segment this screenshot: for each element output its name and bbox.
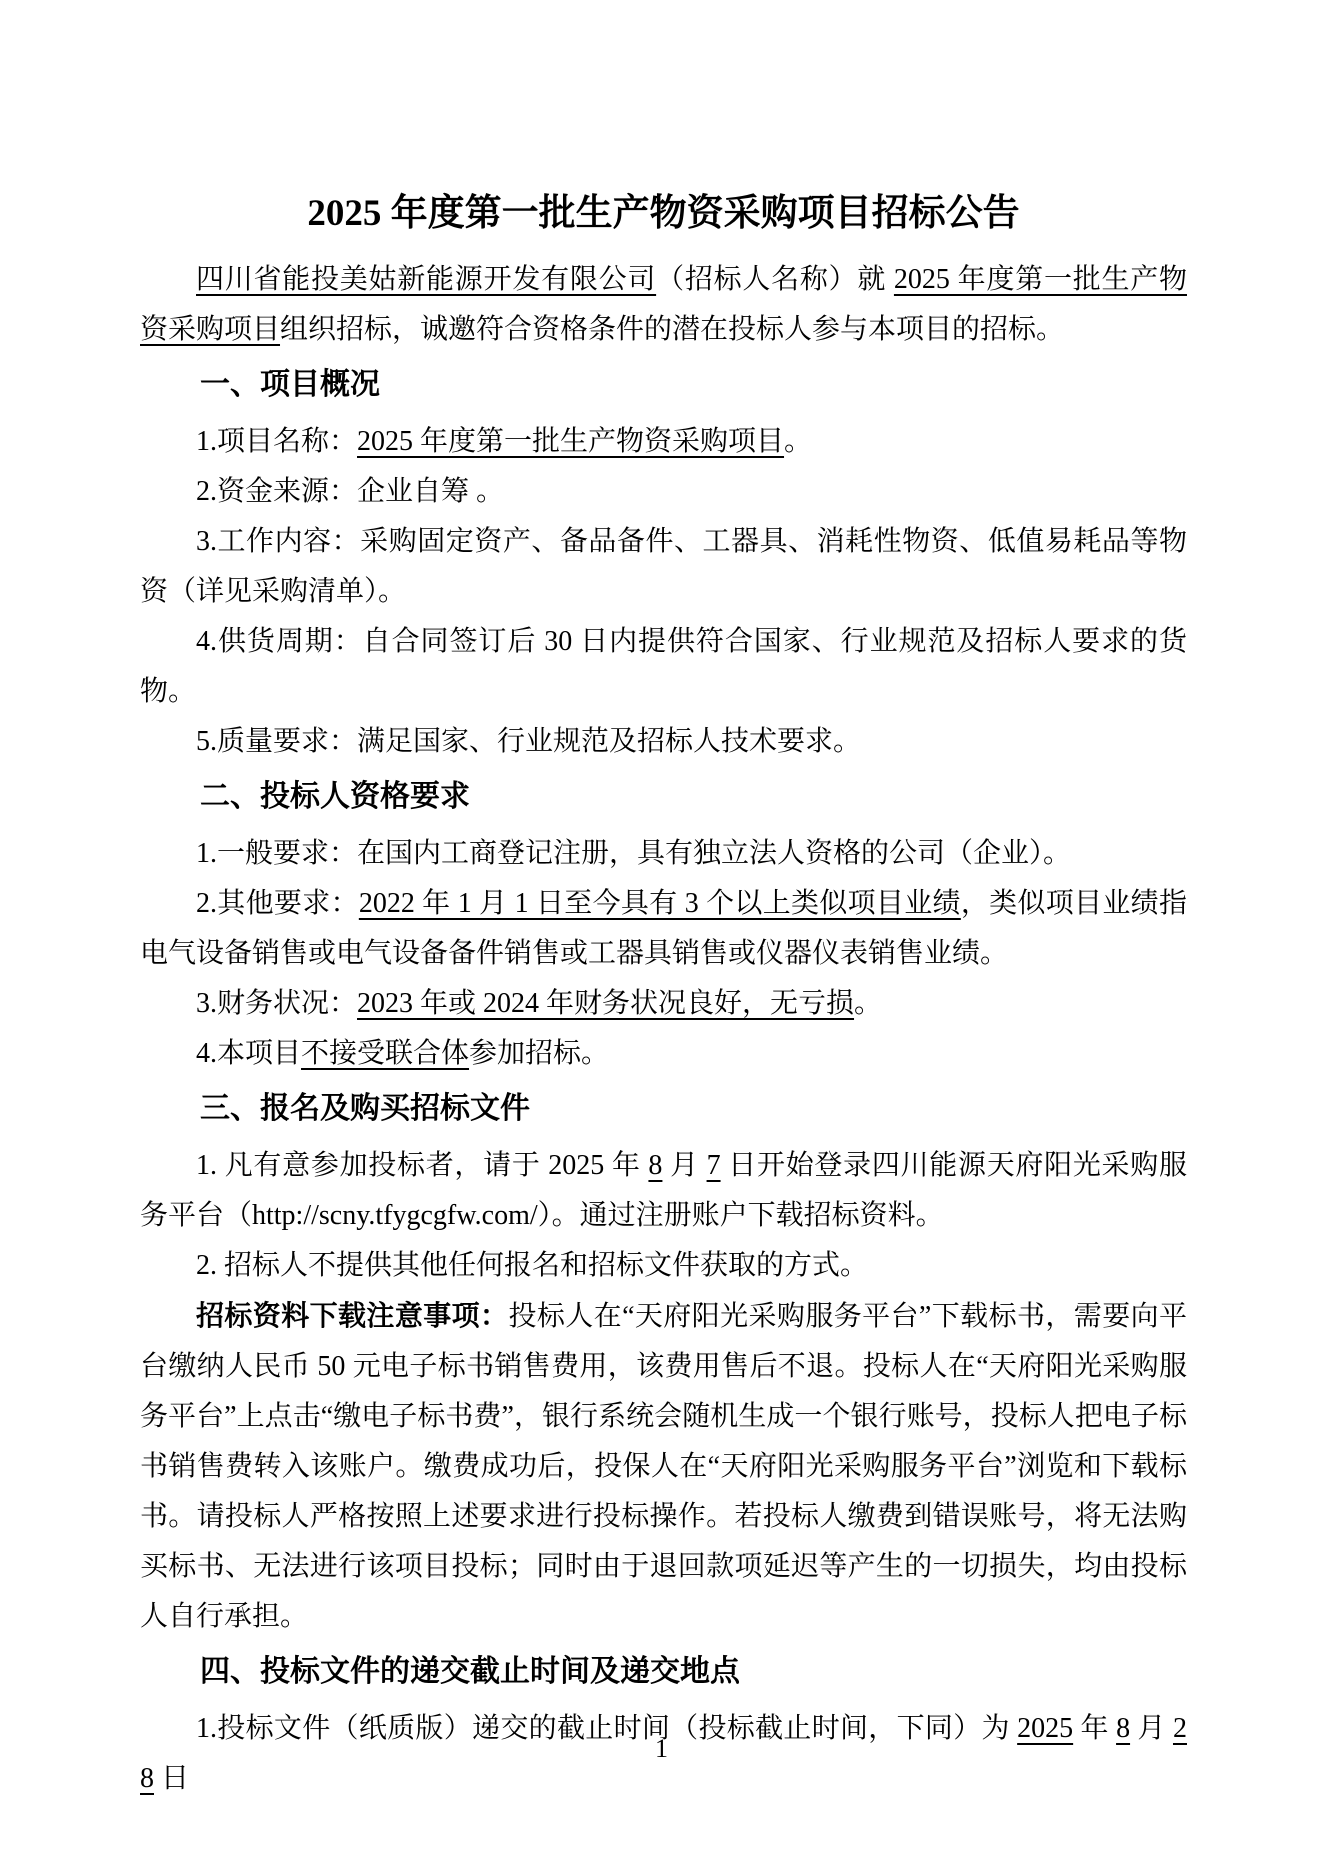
paragraph: 1.项目名称：2025 年度第一批生产物资采购项目。: [140, 417, 1187, 467]
document-content: 2025 年度第一批生产物资采购项目招标公告 四川省能投美姑新能源开发有限公司（…: [140, 186, 1187, 1804]
underlined-text: 2023 年或 2024 年财务状况良好，无亏损: [357, 988, 854, 1019]
underlined-text: 7: [707, 1150, 721, 1181]
text-run: 2.资金来源：企业自筹 。: [196, 476, 504, 507]
text-run: 1. 凡有意参加投标者，请于 2025 年: [196, 1150, 648, 1181]
text-run: 4.供货周期：自合同签订后 30 日内提供符合国家、行业规范及招标人要求的货物。: [140, 626, 1187, 707]
text-run: 。: [854, 988, 882, 1019]
text-run: （招标人名称）就: [656, 264, 894, 295]
text-run: 。: [784, 426, 812, 457]
underlined-text: 四川省能投美姑新能源开发有限公司: [196, 264, 656, 295]
text-run: 组织招标，诚邀符合资格条件的潜在投标人参与本项目的招标。: [280, 314, 1064, 345]
text-run: 一、项目概况: [200, 368, 380, 401]
underlined-text: 8: [648, 1150, 662, 1181]
paragraph: 2.资金来源：企业自筹 。: [140, 467, 1187, 517]
document-body: 四川省能投美姑新能源开发有限公司（招标人名称）就 2025 年度第一批生产物资采…: [140, 255, 1187, 1804]
text-run: 3.工作内容：采购固定资产、备品备件、工器具、消耗性物资、低值易耗品等物资（详见…: [140, 526, 1187, 607]
paragraph: 3.财务状况：2023 年或 2024 年财务状况良好，无亏损。: [140, 979, 1187, 1029]
text-run: 1.项目名称：: [196, 426, 357, 457]
paragraph: 1. 凡有意参加投标者，请于 2025 年 8 月 7 日开始登录四川能源天府阳…: [140, 1141, 1187, 1241]
paragraph: 5.质量要求：满足国家、行业规范及招标人技术要求。: [140, 717, 1187, 767]
page-number: 1: [0, 1734, 1323, 1764]
paragraph: 3.工作内容：采购固定资产、备品备件、工器具、消耗性物资、低值易耗品等物资（详见…: [140, 517, 1187, 617]
text-run: 日: [154, 1763, 189, 1794]
section-heading: 三、报名及购买招标文件: [140, 1084, 1187, 1134]
text-run: 4.本项目: [196, 1038, 301, 1069]
document-page: 2025 年度第一批生产物资采购项目招标公告 四川省能投美姑新能源开发有限公司（…: [0, 0, 1323, 1871]
text-run: 投标人在“天府阳光采购服务平台”下载标书，需要向平台缴纳人民币 50 元电子标书…: [140, 1301, 1187, 1632]
text-run: 参加招标。: [469, 1038, 609, 1069]
paragraph: 4.本项目不接受联合体参加招标。: [140, 1029, 1187, 1079]
text-run: 四、投标文件的递交截止时间及递交地点: [200, 1655, 740, 1688]
section-heading: 一、项目概况: [140, 360, 1187, 410]
text-run: 2.其他要求：: [196, 888, 359, 919]
paragraph: 4.供货周期：自合同签订后 30 日内提供符合国家、行业规范及招标人要求的货物。: [140, 617, 1187, 717]
text-run: 1.一般要求：在国内工商登记注册，具有独立法人资格的公司（企业）。: [196, 838, 1071, 869]
text-run: 二、投标人资格要求: [200, 780, 470, 813]
paragraph: 招标资料下载注意事项：投标人在“天府阳光采购服务平台”下载标书，需要向平台缴纳人…: [140, 1291, 1187, 1642]
underlined-text: 2022 年 1 月 1 日至今具有 3 个以上类似项目业绩: [359, 888, 961, 919]
paragraph: 2. 招标人不提供其他任何报名和招标文件获取的方式。: [140, 1241, 1187, 1291]
paragraph: 2.其他要求：2022 年 1 月 1 日至今具有 3 个以上类似项目业绩，类似…: [140, 879, 1187, 979]
document-title: 2025 年度第一批生产物资采购项目招标公告: [140, 186, 1187, 242]
paragraph: 四川省能投美姑新能源开发有限公司（招标人名称）就 2025 年度第一批生产物资采…: [140, 255, 1187, 355]
section-heading: 二、投标人资格要求: [140, 772, 1187, 822]
bold-text: 招标资料下载注意事项：: [196, 1300, 508, 1331]
underlined-text: 2025 年度第一批生产物资采购项目: [357, 426, 784, 457]
underlined-text: 不接受联合体: [301, 1038, 469, 1069]
text-run: 3.财务状况：: [196, 988, 357, 1019]
paragraph: 1.一般要求：在国内工商登记注册，具有独立法人资格的公司（企业）。: [140, 829, 1187, 879]
text-run: 5.质量要求：满足国家、行业规范及招标人技术要求。: [196, 726, 861, 757]
section-heading: 四、投标文件的递交截止时间及递交地点: [140, 1647, 1187, 1697]
text-run: 三、报名及购买招标文件: [200, 1092, 530, 1125]
text-run: 月: [662, 1150, 706, 1181]
text-run: 2. 招标人不提供其他任何报名和招标文件获取的方式。: [196, 1250, 868, 1281]
